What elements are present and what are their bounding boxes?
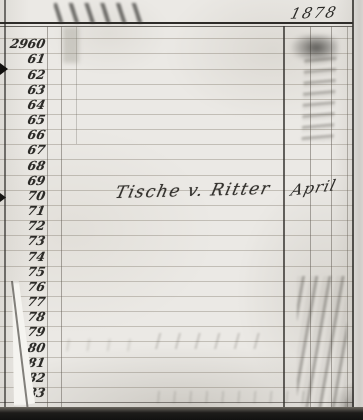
ledger-page-scan: 1878 29606162636465666768697071727374757…	[0, 0, 363, 420]
ruled-line	[0, 114, 353, 115]
ruled-line	[0, 159, 353, 160]
column-rule-right-4	[347, 26, 348, 408]
row-number: 75	[0, 265, 47, 280]
paper-shading	[63, 27, 79, 63]
row-number: 67	[0, 143, 48, 158]
left-page-edge	[4, 0, 6, 408]
ruled-line	[0, 235, 353, 236]
bleedthrough-bottom	[150, 391, 315, 403]
row-number: 76	[0, 280, 48, 295]
ruled-line	[0, 99, 353, 100]
ink-smudge-top-left	[54, 3, 142, 23]
row-number: 72	[0, 219, 47, 234]
bleedthrough-right-top	[302, 55, 337, 142]
row-number: 74	[0, 250, 49, 265]
row-number: 69	[0, 174, 47, 189]
row-number: 68	[0, 159, 49, 174]
bleedthrough-center-left	[58, 339, 146, 351]
row-number: 64	[0, 98, 48, 113]
ruled-line	[0, 144, 353, 145]
row-number: 70	[0, 189, 48, 204]
ruled-line	[0, 175, 353, 176]
row-number: 73	[0, 234, 48, 249]
column-rule-right-1	[283, 26, 285, 408]
ruled-line	[0, 266, 353, 267]
row-number: 66	[0, 128, 47, 143]
scan-bottom-border	[0, 407, 363, 420]
ruled-line	[0, 129, 353, 130]
row-number: 71	[0, 204, 49, 219]
bleedthrough-center	[150, 333, 268, 349]
row-number: 77	[0, 295, 49, 310]
ruled-line	[0, 84, 353, 85]
header-rule-thin	[0, 26, 353, 27]
right-scan-margin	[354, 0, 363, 408]
row-number: 61	[0, 52, 48, 67]
row-number: 65	[0, 113, 49, 128]
row-number: 62	[0, 68, 49, 83]
entry-title: Tische v. Ritter	[113, 179, 272, 203]
ruled-line	[0, 69, 353, 70]
ruled-line	[0, 220, 353, 221]
year-label: 1878	[289, 3, 340, 23]
ruled-line	[0, 250, 353, 251]
row-number: 63	[0, 83, 47, 98]
ruled-line	[0, 205, 353, 206]
